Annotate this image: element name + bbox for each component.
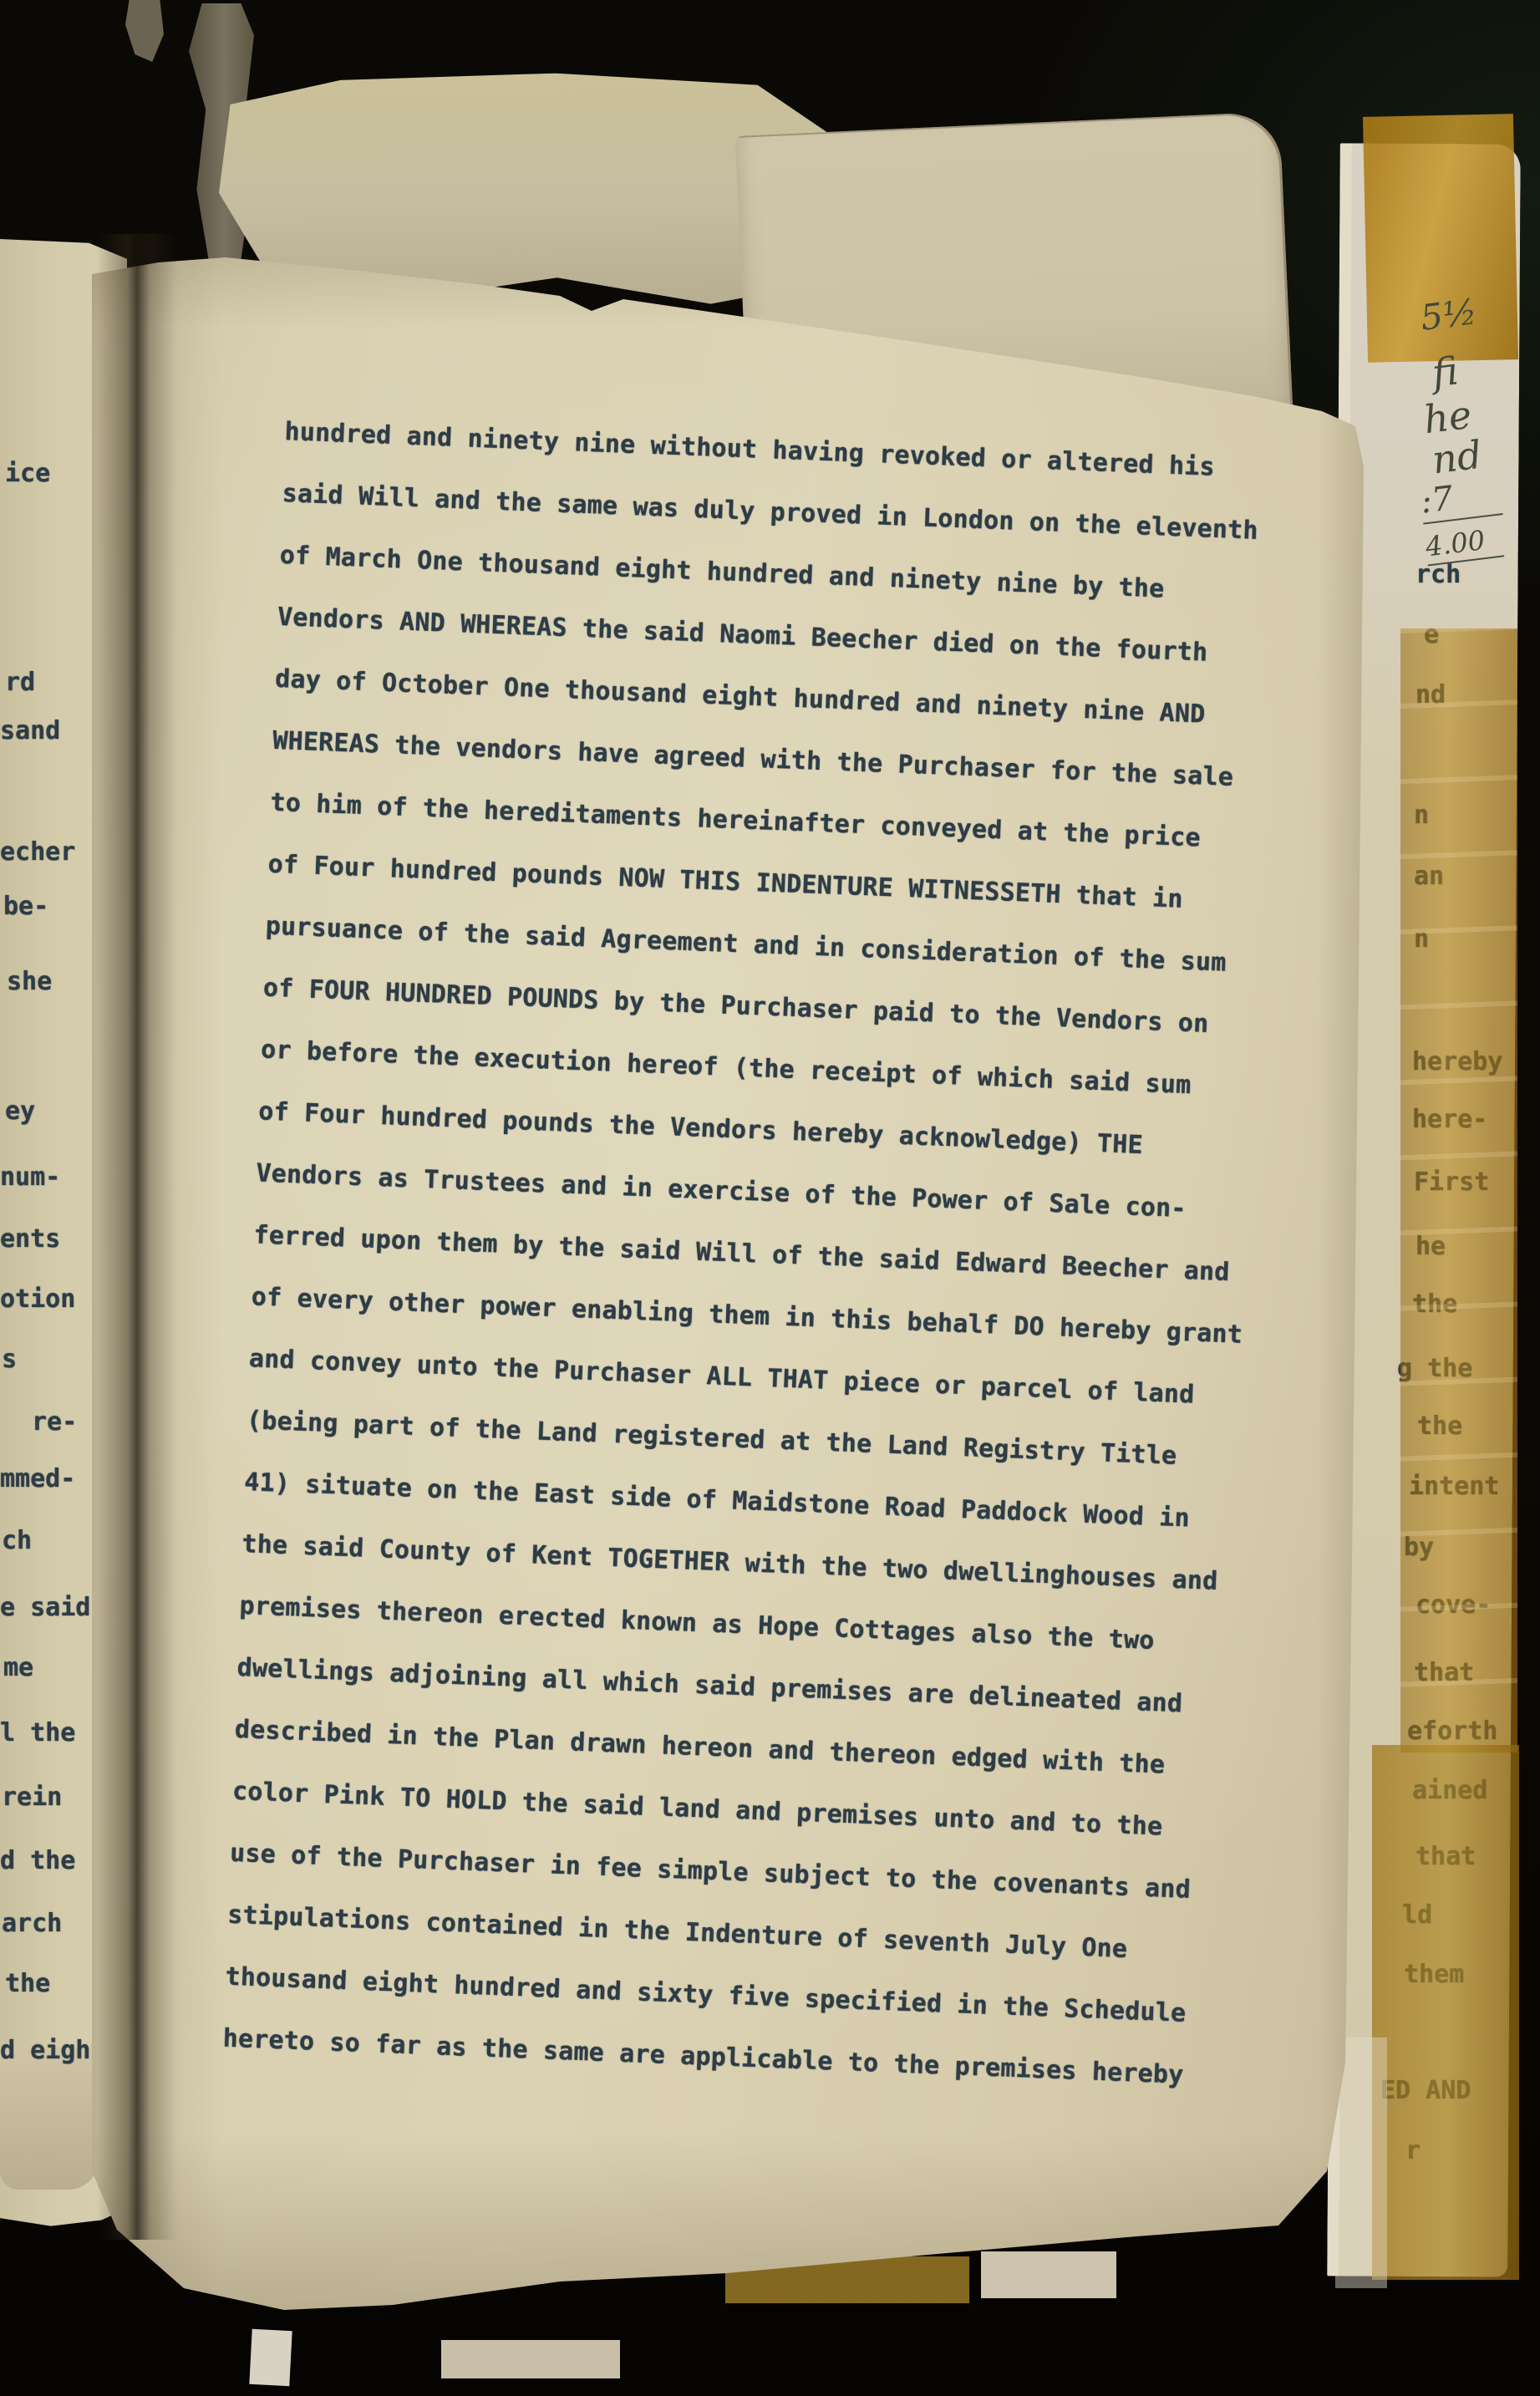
- right-page-fragment: ED AND: [1380, 2077, 1471, 2105]
- right-page-fragment: the: [1412, 1290, 1457, 1319]
- left-page-fragment: d eight: [0, 2037, 105, 2065]
- right-page-fragment: that: [1414, 1659, 1474, 1687]
- right-page-fragment: r: [1405, 2137, 1421, 2165]
- right-page-fragment: ld: [1402, 1901, 1432, 1930]
- typed-text-block: hundred and ninety nine without having r…: [221, 401, 1346, 2110]
- left-page-fragment: l the: [0, 1719, 75, 1747]
- left-page-fragment: ch: [2, 1527, 32, 1555]
- right-page-fragment: cove-: [1415, 1591, 1491, 1620]
- left-page-fragment: mmed-: [0, 1465, 75, 1493]
- photograph-of-deed-page: ice rd sand echer be- she ey num- ents o…: [0, 0, 1540, 2396]
- left-page-fragment: rd: [5, 669, 35, 697]
- right-page-fragment: n: [1414, 925, 1429, 954]
- handwritten-note: fi: [1430, 348, 1461, 395]
- right-page-fragment: them: [1404, 1961, 1464, 1989]
- left-page-fragment: the: [5, 1970, 50, 1998]
- right-page-fragment: he: [1415, 1233, 1446, 1261]
- left-page-fragment: s: [2, 1346, 17, 1374]
- left-page-fragment: otion: [0, 1285, 75, 1314]
- right-page-fragment: First: [1414, 1168, 1489, 1197]
- left-page-fragment: echer: [0, 838, 75, 867]
- deed-page: hundred and ninety nine without having r…: [92, 224, 1395, 2322]
- handwritten-note: nd: [1430, 432, 1484, 483]
- right-page-fragment: nd: [1415, 681, 1446, 710]
- right-page-fragment: rch: [1415, 561, 1461, 589]
- right-page-fragment: intent: [1409, 1473, 1499, 1501]
- left-page-fragment: she: [7, 968, 52, 996]
- right-page-fragment: g the: [1397, 1355, 1472, 1383]
- left-page-fragment: ents: [0, 1225, 60, 1254]
- page-stack-bottom-left: [0, 2048, 99, 2190]
- right-page-fragment: n: [1414, 801, 1429, 830]
- binding-tab: [981, 2251, 1116, 2298]
- right-page-fragment: that: [1415, 1843, 1476, 1871]
- right-page-fragment: here-: [1412, 1106, 1487, 1134]
- right-page-fragment: eforth: [1407, 1717, 1497, 1746]
- left-page-fragment: re-: [32, 1408, 77, 1437]
- left-page-fragment: be-: [3, 893, 48, 921]
- left-page-fragment: d the: [0, 1847, 75, 1875]
- right-page-fragment: hereby: [1412, 1048, 1502, 1076]
- right-page-fragment: an: [1414, 862, 1444, 891]
- torn-paper-scrap: [125, 0, 164, 62]
- left-page-fragment: e said: [0, 1594, 90, 1622]
- right-page-fragment: the: [1417, 1412, 1462, 1441]
- left-page-fragment: rein: [2, 1783, 62, 1812]
- right-page-fragment: ained: [1412, 1777, 1487, 1805]
- handwritten-note: 5½: [1418, 291, 1479, 338]
- left-page-fragment: ey: [5, 1097, 35, 1126]
- left-page-fragment: ice: [5, 460, 50, 488]
- left-page-fragment: arch: [2, 1910, 62, 1938]
- left-page-fragment: sand: [0, 717, 60, 745]
- binding-tab: [441, 2340, 620, 2378]
- binding-tab: [249, 2329, 292, 2386]
- right-page-fragment: by: [1404, 1534, 1434, 1562]
- right-page-fragment: e: [1424, 621, 1439, 649]
- left-page-fragment: me: [3, 1654, 33, 1682]
- left-page-fragment: num-: [0, 1163, 60, 1192]
